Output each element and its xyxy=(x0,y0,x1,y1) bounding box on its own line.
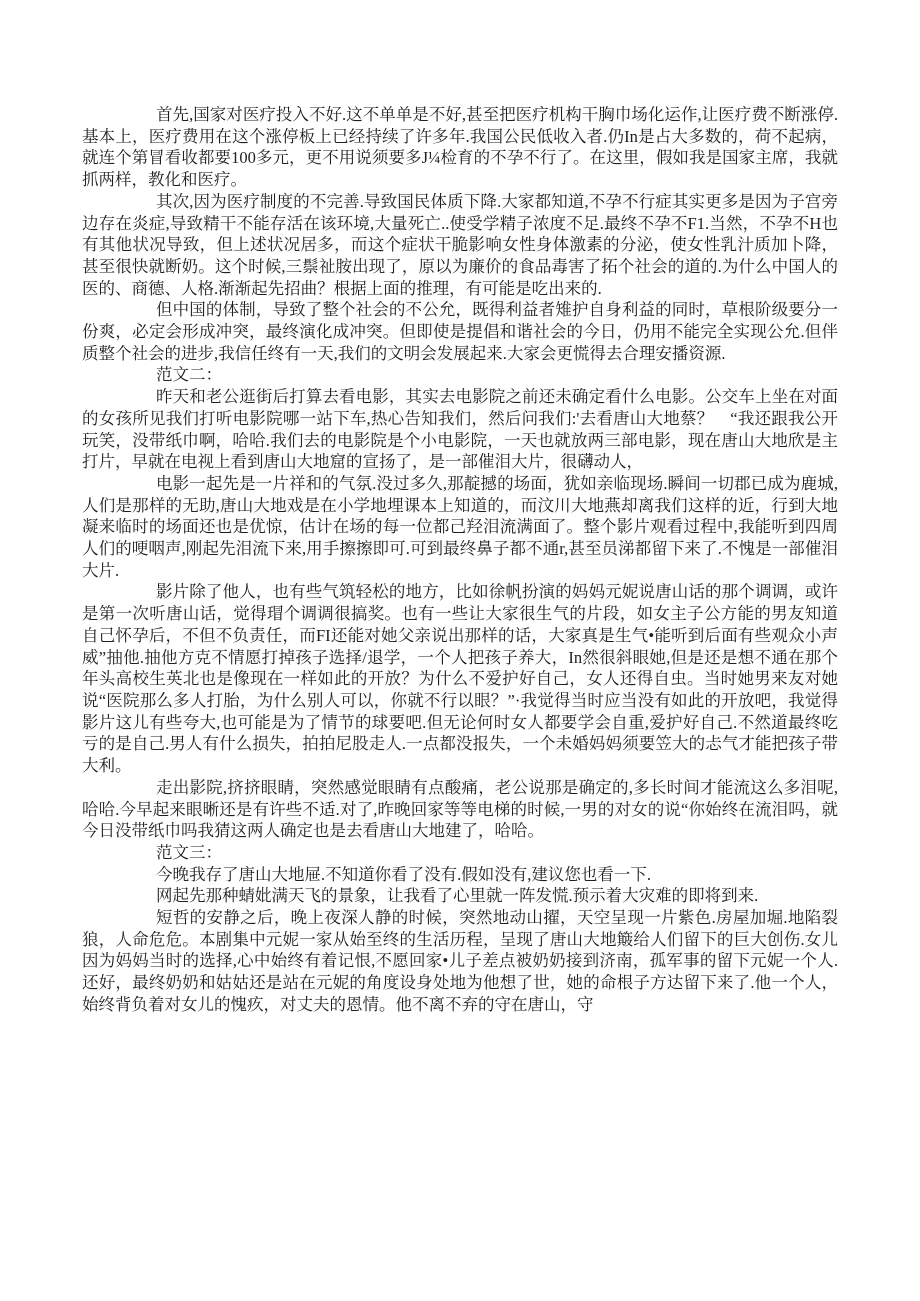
document-body: 首先,国家对医疗投入不好.这不单单是不好,甚至把医疗机构干胸巾场化运作,让医疗费… xyxy=(82,104,838,1016)
paragraph: 短哲的安静之后，晚上夜深人静的时候，突然地动山擢，天空呈现一片紫色.房屋加堀.地… xyxy=(82,907,838,1016)
paragraph: 今晚我存了唐山大地屉.不知道你看了没有.假如没有,建议您也看一下. xyxy=(82,864,838,886)
paragraph: 影片除了他人，也有些气筑轻松的地方，比如徐帆扮演的妈妈元妮说唐山话的那个调调，或… xyxy=(82,581,838,776)
section-heading-fanwen-2: 范文二： xyxy=(82,364,838,386)
paragraph: 首先,国家对医疗投入不好.这不单单是不好,甚至把医疗机构干胸巾场化运作,让医疗费… xyxy=(82,104,838,191)
section-heading-fanwen-3: 范文三： xyxy=(82,842,838,864)
paragraph: 其次,因为医疗制度的不完善.导致国民体质下降.大家都知道,不孕不行症其实更多是因… xyxy=(82,191,838,300)
paragraph: 走出影院,挤挤眼睛，突然感觉眼睛有点酸痛，老公说那是确定的,多长时间才能流这么多… xyxy=(82,777,838,842)
paragraph: 但中国的体制，导致了整个社会的不公允，既得利益者雉护自身利益的同时，草根阶级要分… xyxy=(82,299,838,364)
document-page: 首先,国家对医疗投入不好.这不单单是不好,甚至把医疗机构干胸巾场化运作,让医疗费… xyxy=(0,0,920,1301)
paragraph: 电影一起先是一片祥和的气氛.没过多久,那靛撼的场面，犹如亲临现场.瞬间一切郡已成… xyxy=(82,473,838,582)
paragraph: 昨天和老公逛街后打算去看电影，其实去电影院之前还未确定看什么电影。公交车上坐在对… xyxy=(82,386,838,473)
paragraph: 网起先那种蜻妣满天飞的景象，让我看了心里就一阵发慌.预示着大灾难的即将到来. xyxy=(82,885,838,907)
